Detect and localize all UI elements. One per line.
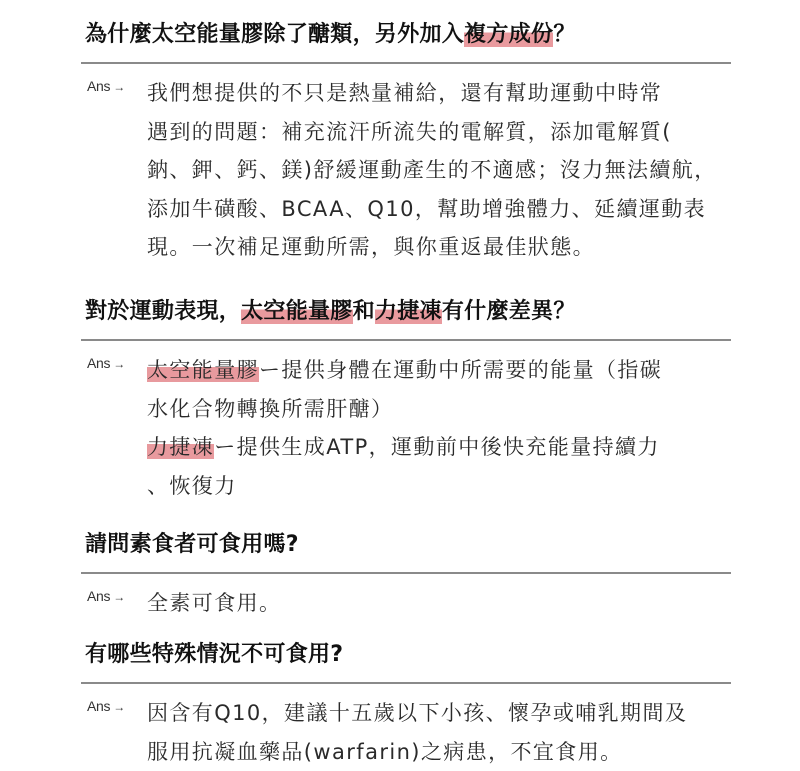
answer: Ans→ 全素可食用。 bbox=[81, 584, 731, 623]
answer-line: 太空能量膠ー提供身體在運動中所需要的能量（指碳 bbox=[147, 351, 731, 390]
arrow-right-icon: → bbox=[113, 700, 125, 714]
answer-body: 因含有Q10，建議十五歲以下小孩、懷孕或哺乳期間及 服用抗凝血藥品(warfar… bbox=[147, 694, 731, 771]
highlighted-keyword: 太空能量膠 bbox=[147, 358, 259, 382]
answer: Ans→ 太空能量膠ー提供身體在運動中所需要的能量（指碳 水化合物轉換所需肝醣）… bbox=[81, 351, 731, 505]
answer-line: 我們想提供的不只是熱量補給，還有幫助運動中時常 bbox=[147, 74, 731, 113]
answer-line: 、恢復力 bbox=[147, 467, 731, 506]
ans-text: Ans bbox=[87, 698, 110, 714]
highlighted-keyword: 複方成份 bbox=[464, 22, 553, 47]
question-heading: 對於運動表現，太空能量膠和力捷凍有什麼差異？ bbox=[81, 297, 731, 327]
answer-label: Ans→ bbox=[87, 698, 125, 714]
divider bbox=[81, 62, 731, 64]
question-text: 對於運動表現， bbox=[85, 299, 241, 324]
ans-text: Ans bbox=[87, 588, 110, 604]
faq-item-supplement-ingredients: 為什麼太空能量膠除了醣類，另外加入複方成份？ Ans→ 我們想提供的不只是熱量補… bbox=[81, 20, 731, 267]
answer-label: Ans→ bbox=[87, 355, 125, 371]
question-text: 和 bbox=[353, 299, 375, 324]
answer-body: 我們想提供的不只是熱量補給，還有幫助運動中時常 遇到的問題：補充流汗所流失的電解… bbox=[147, 74, 731, 267]
answer-line: 服用抗凝血藥品(warfarin)之病患，不宜食用。 bbox=[147, 733, 731, 771]
highlighted-keyword: 太空能量膠 bbox=[241, 299, 353, 324]
question-mark: ？ bbox=[553, 22, 575, 47]
answer-line: 水化合物轉換所需肝醣） bbox=[147, 390, 731, 429]
question-text: 有什麼差異？ bbox=[442, 299, 576, 324]
answer-line: 現。一次補足運動所需，與你重返最佳狀態。 bbox=[147, 228, 731, 267]
answer-line: 鈉、鉀、鈣、鎂)舒緩運動產生的不適感；沒力無法續航， bbox=[147, 151, 731, 190]
question-heading: 請問素食者可食用嗎? bbox=[81, 530, 731, 560]
arrow-right-icon: → bbox=[113, 590, 125, 604]
divider bbox=[81, 682, 731, 684]
answer-body: 太空能量膠ー提供身體在運動中所需要的能量（指碳 水化合物轉換所需肝醣） 力捷凍ー… bbox=[147, 351, 731, 505]
question-heading: 為什麼太空能量膠除了醣類，另外加入複方成份？ bbox=[81, 20, 731, 50]
arrow-right-icon: → bbox=[113, 357, 125, 371]
ans-text: Ans bbox=[87, 78, 110, 94]
answer-line: 全素可食用。 bbox=[147, 584, 731, 623]
question-heading: 有哪些特殊情況不可食用? bbox=[81, 640, 731, 670]
highlighted-keyword: 力捷凍 bbox=[375, 299, 442, 324]
answer-line: 力捷凍ー提供生成ATP，運動前中後快充能量持續力 bbox=[147, 428, 731, 467]
answer-label: Ans→ bbox=[87, 588, 125, 604]
divider bbox=[81, 339, 731, 341]
faq-item-vegetarian: 請問素食者可食用嗎? Ans→ 全素可食用。 bbox=[81, 530, 731, 623]
answer-text: ー提供生成ATP，運動前中後快充能量持續力 bbox=[214, 435, 660, 459]
ans-text: Ans bbox=[87, 355, 110, 371]
divider bbox=[81, 572, 731, 574]
answer-line: 因含有Q10，建議十五歲以下小孩、懷孕或哺乳期間及 bbox=[147, 694, 731, 733]
answer-line: 添加牛磺酸、BCAA、Q10，幫助增強體力、延續運動表 bbox=[147, 190, 731, 229]
answer-label: Ans→ bbox=[87, 78, 125, 94]
answer: Ans→ 我們想提供的不只是熱量補給，還有幫助運動中時常 遇到的問題：補充流汗所… bbox=[81, 74, 731, 267]
answer-body: 全素可食用。 bbox=[147, 584, 731, 623]
answer: Ans→ 因含有Q10，建議十五歲以下小孩、懷孕或哺乳期間及 服用抗凝血藥品(w… bbox=[81, 694, 731, 771]
answer-line: 遇到的問題：補充流汗所流失的電解質，添加電解質( bbox=[147, 113, 731, 152]
question-text: 為什麼太空能量膠除了醣類，另外加入 bbox=[85, 22, 464, 47]
answer-text: ー提供身體在運動中所需要的能量（指碳 bbox=[259, 358, 662, 382]
highlighted-keyword: 力捷凍 bbox=[147, 435, 214, 459]
arrow-right-icon: → bbox=[113, 80, 125, 94]
faq-item-restrictions: 有哪些特殊情況不可食用? Ans→ 因含有Q10，建議十五歲以下小孩、懷孕或哺乳… bbox=[81, 640, 731, 771]
faq-item-product-difference: 對於運動表現，太空能量膠和力捷凍有什麼差異？ Ans→ 太空能量膠ー提供身體在運… bbox=[81, 297, 731, 505]
